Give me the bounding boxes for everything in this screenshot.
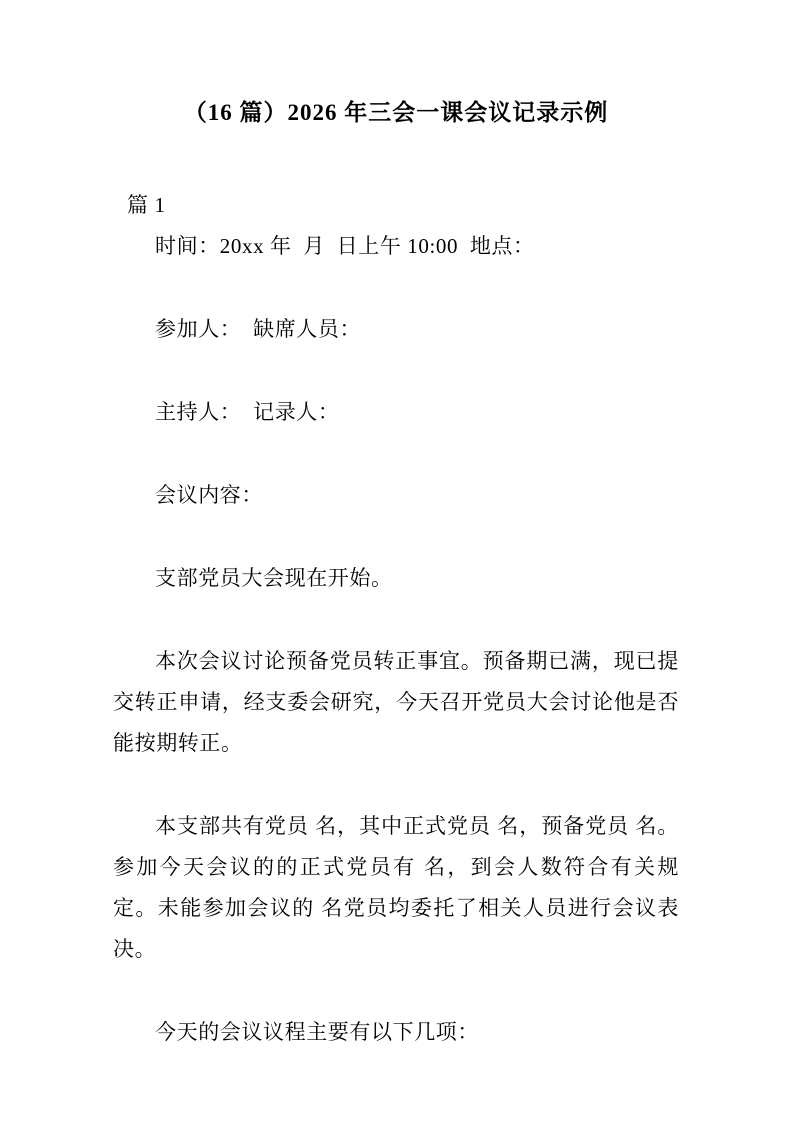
attendees-absentees-line: 参加人： 缺席人员： [113, 309, 679, 350]
meeting-time-location-line: 时间：20xx 年 月 日上午 10:00 地点： [113, 226, 679, 267]
section-label: 篇 1 [113, 185, 679, 226]
meeting-topic-paragraph: 本次会议讨论预备党员转正事宜。预备期已满，现已提交转正申请，经支委会研究，今天召… [113, 641, 679, 764]
membership-count-paragraph: 本支部共有党员 名，其中正式党员 名，预备党员 名。参加今天会议的的正式党员有 … [113, 806, 679, 970]
document-content: （16 篇）2026 年三会一课会议记录示例 篇 1 时间：20xx 年 月 日… [113, 92, 679, 1053]
meeting-content-label: 会议内容： [113, 475, 679, 516]
meeting-opening-line: 支部党员大会现在开始。 [113, 558, 679, 599]
document-page: （16 篇）2026 年三会一课会议记录示例 篇 1 时间：20xx 年 月 日… [0, 0, 793, 1122]
agenda-intro-line: 今天的会议议程主要有以下几项： [113, 1012, 679, 1053]
document-title: （16 篇）2026 年三会一课会议记录示例 [113, 92, 679, 133]
document-body: 篇 1 时间：20xx 年 月 日上午 10:00 地点： 参加人： 缺席人员：… [113, 185, 679, 1053]
host-recorder-line: 主持人： 记录人： [113, 392, 679, 433]
